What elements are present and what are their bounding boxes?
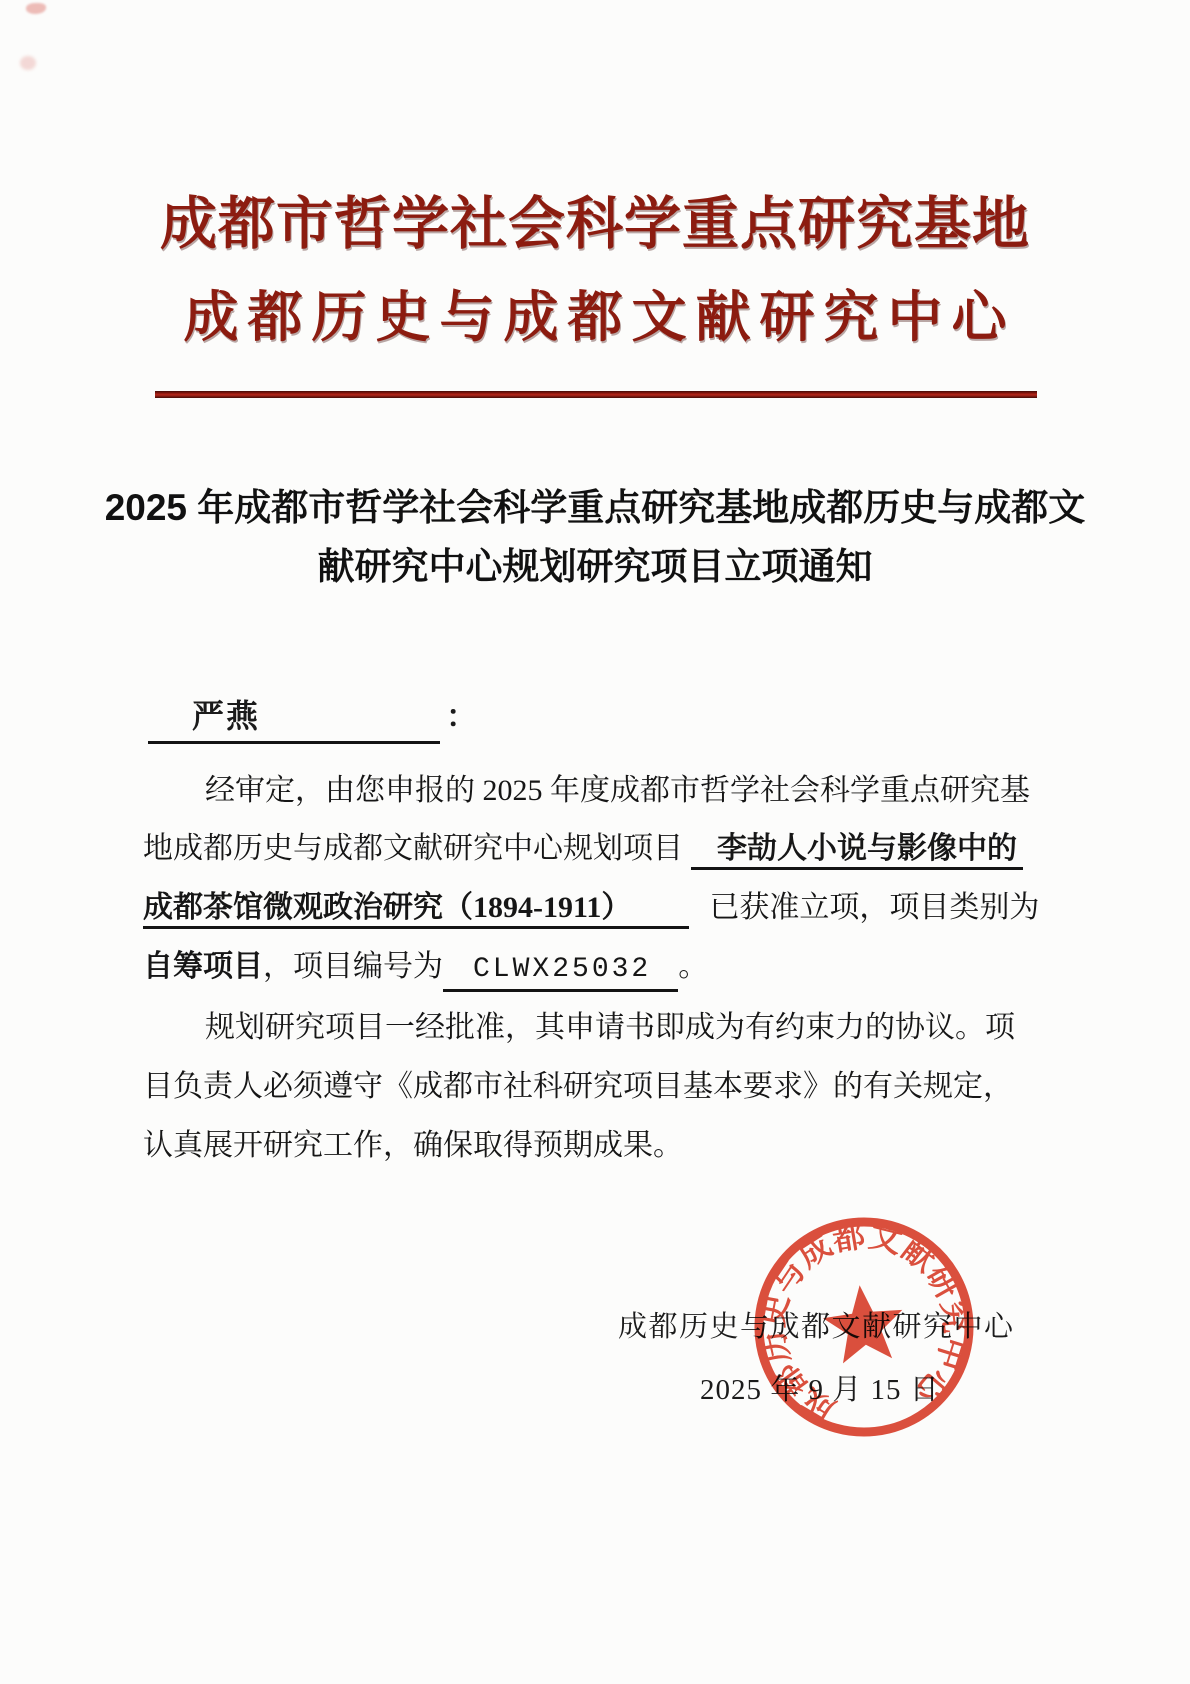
recipient-name: 严燕 [192, 698, 260, 734]
official-seal-stamp: 成都历史与成都文献研究中心 [730, 1193, 998, 1461]
p1-line3-text: 已获准立项，项目类别为 [709, 891, 1039, 924]
project-category: 自筹项目 [143, 950, 263, 983]
p1-line4-text: ，项目编号为 [263, 950, 443, 983]
project-title-part2: 成都茶馆微观政治研究（1894-1911） [143, 891, 689, 929]
p1-line4-period: 。 [678, 950, 708, 983]
scan-artifact [26, 3, 46, 14]
letterhead-line2: 成都历史与成都文献研究中心 [0, 290, 1190, 345]
notice-title-line1: 2025 年成都市哲学社会科学重点研究基地成都历史与成都文 [0, 489, 1190, 526]
salutation: 严燕： [148, 694, 477, 744]
notice-document-page: 成都市哲学社会科学重点研究基地 成都历史与成都文献研究中心 2025 年成都市哲… [0, 0, 1190, 1684]
body-p1-line1: 经审定，由您申报的 2025 年度成都市哲学社会科学重点研究基 [143, 770, 1125, 812]
red-star-icon [820, 1281, 907, 1365]
scan-artifact [20, 56, 36, 70]
project-number: CLWX25032 [443, 954, 678, 992]
body-p2-line1: 规划研究项目一经批准，其申请书即成为有约束力的协议。项 [143, 1007, 1125, 1049]
body-p2-line2: 目负责人必须遵守《成都市社科研究项目基本要求》的有关规定， [143, 1066, 1063, 1108]
body-p2-line3: 认真展开研究工作，确保取得预期成果。 [143, 1125, 1063, 1167]
body-p1-line3: 成都茶馆微观政治研究（1894-1911）已获准立项，项目类别为 [143, 887, 1063, 929]
project-title-part1: 李劼人小说与影像中的 [691, 832, 1023, 870]
body-p1-line4: 自筹项目，项目编号为CLWX25032。 [143, 946, 1063, 991]
body-p1-line2: 地成都历史与成都文献研究中心规划项目李劼人小说与影像中的 [143, 828, 1063, 870]
notice-title-line2: 献研究中心规划研究项目立项通知 [0, 548, 1190, 585]
p1-line2-text: 地成都历史与成都文献研究中心规划项目 [143, 832, 683, 865]
letterhead-rule [155, 391, 1037, 398]
salutation-colon: ： [446, 699, 477, 734]
letterhead-line1: 成都市哲学社会科学重点研究基地 [0, 196, 1190, 253]
recipient-underline: 严燕 [148, 694, 440, 744]
